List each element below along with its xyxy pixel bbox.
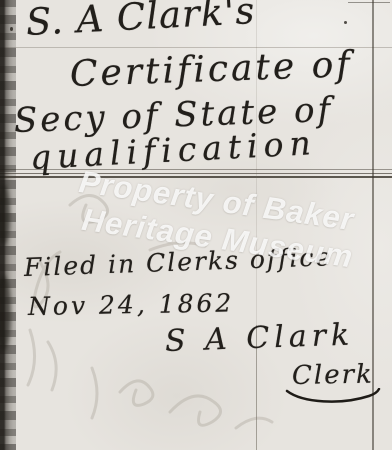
handwriting-signature: S A Clark	[164, 317, 354, 359]
handwriting-signature-title: Clerk	[292, 360, 374, 391]
handwriting-filed-date: Nov 24, 1862	[28, 288, 235, 321]
scanned-document-page: S. A Clark's Certificate of Secy of Stat…	[0, 0, 392, 450]
ruled-line-top-right	[348, 2, 390, 3]
ink-speck	[10, 27, 13, 31]
ink-speck	[344, 21, 347, 24]
ruled-line-double-bottom	[0, 176, 392, 178]
signature-flourish	[283, 388, 383, 408]
